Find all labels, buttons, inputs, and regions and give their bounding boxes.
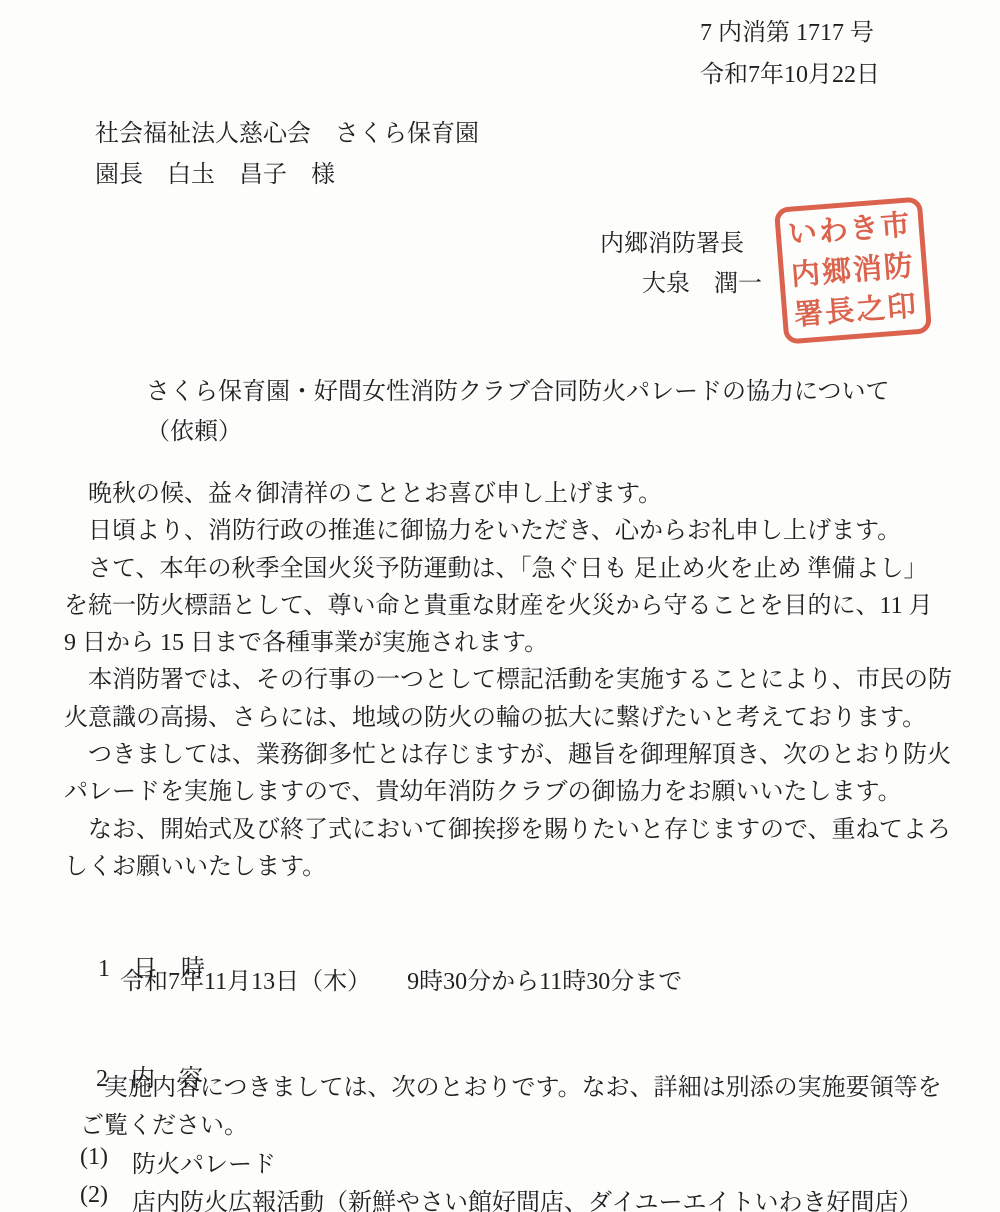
body-line: パレードを実施しますので、貴幼年消防クラブの御協力をお願いいたします。	[64, 774, 969, 811]
body-line: 日頃より、消防行政の推進に御協力をいただき、心からお礼申し上げます。	[64, 513, 969, 550]
sender-title: 内郷消防署長	[600, 224, 762, 264]
section-1-value: 令和7年11月13日（木） 9時30分から11時30分まで	[120, 961, 682, 996]
document-header: 7 内消第 1717 号 令和7年10月22日	[700, 12, 880, 96]
section-2-intro-line: 実施内容につきましては、次のとおりです。なお、詳細は別添の実施要領等を	[80, 1070, 970, 1108]
official-seal-stamp: いわき市内郷消防署長之印	[774, 196, 932, 344]
body-line: つきましては、業務御多忙とは存じますが、趣旨を御理解頂き、次のとおり防火	[64, 737, 969, 774]
scanned-letter-page: 7 内消第 1717 号 令和7年10月22日 社会福祉法人慈心会 さくら保育園…	[0, 0, 1000, 1212]
stamp-line: 署長之印	[792, 286, 921, 336]
section-2-intro: 実施内容につきましては、次のとおりです。なお、詳細は別添の実施要領等をご覧くださ…	[80, 1070, 970, 1145]
recipient-organization: 社会福祉法人慈心会 さくら保育園	[95, 114, 479, 155]
list-item: (1) 防火パレード	[80, 1144, 276, 1179]
letter-body: 晩秋の候、益々御清祥のこととお喜び申し上げます。 日頃より、消防行政の推進に御協…	[64, 476, 969, 886]
subject-note: （依頼）	[146, 412, 890, 452]
list-item: (2) 店内防火広報活動（新鮮やさい館好間店、ダイユーエイトいわき好間店）	[80, 1182, 923, 1212]
body-line: なお、開始式及び終了式において御挨拶を賜りたいと存じますので、重ねてよろ	[64, 812, 969, 849]
body-line: さて、本年の秋季全国火災予防運動は、「急ぐ日も 足止め火を止め 準備よし」	[64, 551, 969, 588]
sender-name: 大泉 潤一	[642, 264, 762, 304]
body-line: 9 日から 15 日まで各種事業が実施されます。	[64, 625, 969, 662]
item-2-text: 店内防火広報活動（新鮮やさい館好間店、ダイユーエイトいわき好間店）	[132, 1182, 923, 1212]
subject-block: さくら保育園・好間女性消防クラブ合同防火パレードの協力について （依頼）	[146, 372, 890, 452]
body-line: 晩秋の候、益々御清祥のこととお喜び申し上げます。	[64, 476, 969, 513]
body-line: 本消防署では、その行事の一つとして標記活動を実施することにより、市民の防	[64, 662, 969, 699]
item-1-number: (1)	[80, 1144, 132, 1171]
document-number: 7 内消第 1717 号	[700, 12, 880, 54]
recipient-name: 園長 白圡 昌子 様	[95, 155, 479, 196]
sender-block: 内郷消防署長 大泉 潤一	[600, 224, 762, 304]
subject-title: さくら保育園・好間女性消防クラブ合同防火パレードの協力について	[146, 372, 890, 412]
body-line: を統一防火標語として、尊い命と貴重な財産を火災から守ることを目的に、11 月	[64, 588, 969, 625]
body-line: 火意識の高揚、さらには、地域の防火の輪の拡大に繋げたいと考えております。	[64, 700, 969, 737]
body-line: しくお願いいたします。	[64, 849, 969, 886]
item-2-number: (2)	[80, 1182, 132, 1209]
recipient-block: 社会福祉法人慈心会 さくら保育園 園長 白圡 昌子 様	[95, 114, 479, 196]
section-2-intro-line: ご覧ください。	[80, 1108, 970, 1146]
item-1-text: 防火パレード	[132, 1144, 276, 1179]
section-1-number: 1	[98, 956, 110, 982]
issue-date: 令和7年10月22日	[700, 54, 880, 96]
